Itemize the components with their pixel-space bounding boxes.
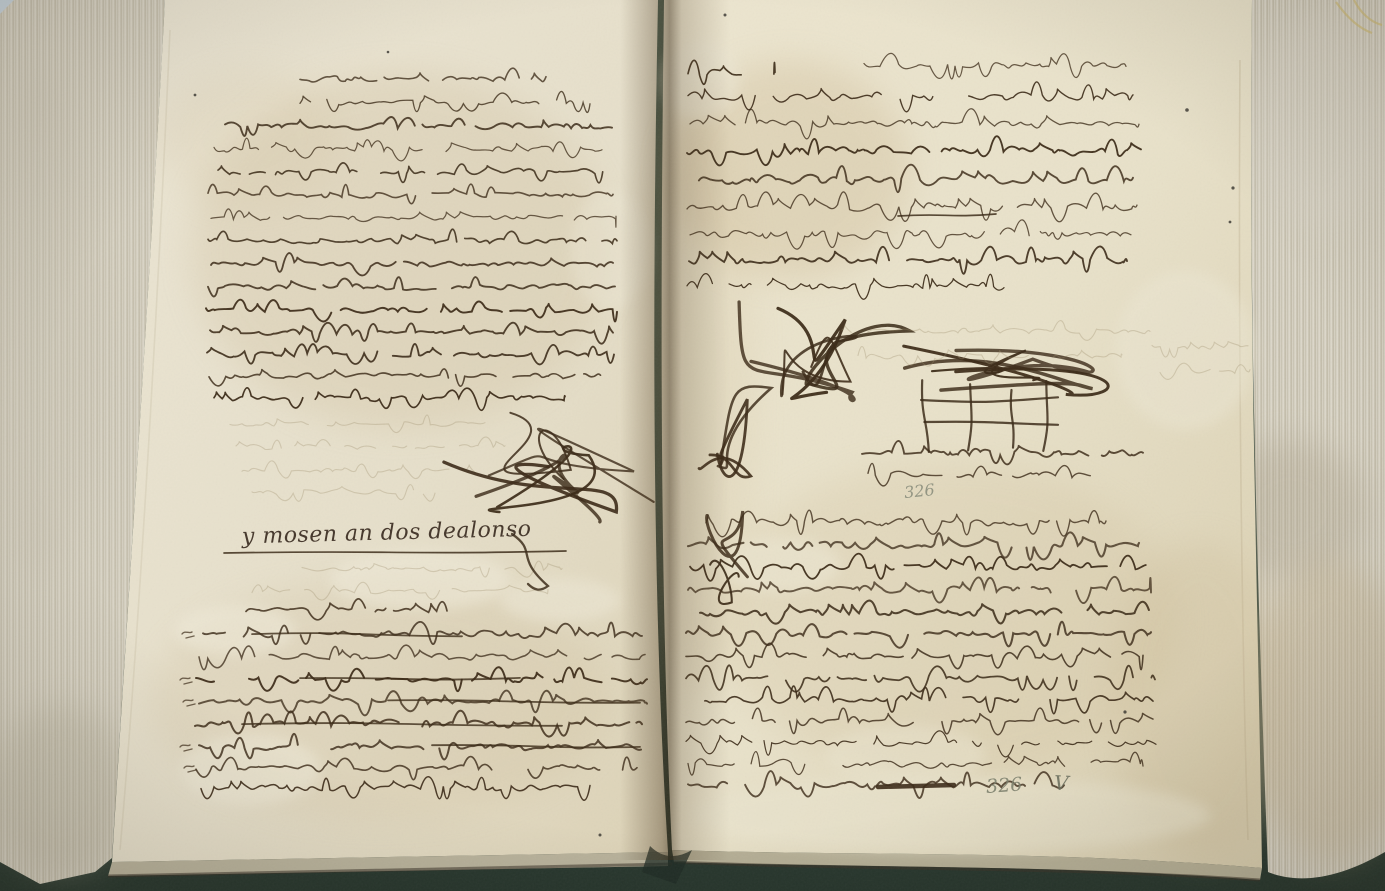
book: y mosen an dos dealonso 326 326 V <box>0 0 1385 891</box>
vignette <box>0 0 1385 891</box>
manuscript-photo: y mosen an dos dealonso 326 326 V <box>0 0 1385 891</box>
photo-open-manuscript-book: y mosen an dos dealonso 326 326 V <box>0 0 1385 891</box>
